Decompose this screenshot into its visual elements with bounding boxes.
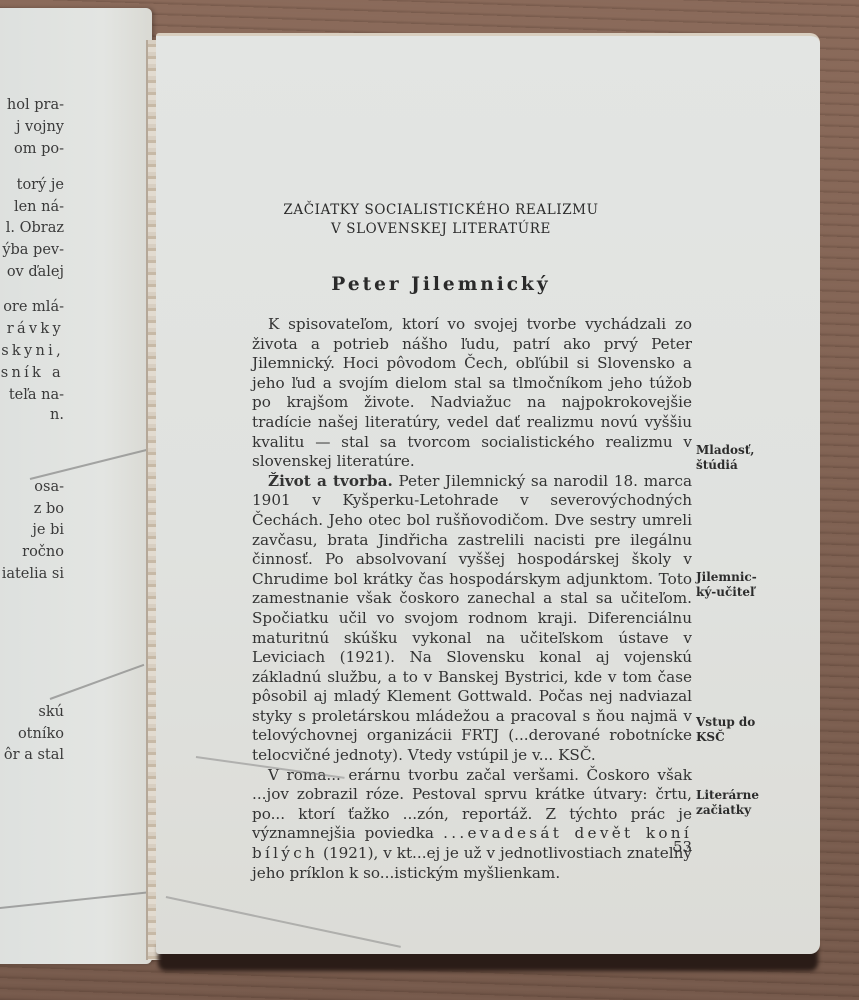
left-page-line: skyni, (1, 344, 64, 359)
left-page-line: len ná- (14, 200, 64, 215)
page-tear (166, 896, 401, 947)
left-page-line: iatelia si (2, 567, 64, 582)
left-page-line: hol pra- (7, 98, 64, 113)
left-page-line: rávky (7, 322, 64, 337)
left-page-line: ýba pev- (2, 243, 64, 258)
section-title: ZAČIATKY SOCIALISTICKÉHO REALIZMU V SLOV… (256, 201, 626, 239)
left-page-line: ov ďalej (7, 265, 64, 280)
left-page-line: om po- (14, 142, 64, 157)
left-page-line: z bo (34, 502, 64, 517)
page-crease (50, 664, 145, 700)
margin-note-teacher: Jilemnic-ký-učiteľ (696, 570, 760, 600)
left-page-line: ročno (22, 545, 64, 560)
literary-text-b: (1921), v kt...ej je už v jednotlivostia… (252, 844, 692, 882)
right-page: ZAČIATKY SOCIALISTICKÉHO REALIZMU V SLOV… (156, 33, 820, 954)
left-page-line: l. Obraz (6, 221, 64, 236)
page-number: 53 (673, 838, 692, 856)
author-heading: Peter Jilemnický (256, 274, 626, 295)
left-page-line: n. (50, 408, 64, 423)
left-page-line: skú (38, 705, 64, 720)
left-page-line: teľa na- (9, 388, 64, 403)
life-text: Peter Jilemnický sa narodil 18. marca 19… (252, 472, 692, 764)
life-lead: Život a tvorba. (268, 472, 393, 490)
intro-paragraph: K spisovateľom, ktorí vo svojej tvorbe v… (252, 315, 692, 472)
left-page-line: je bi (32, 523, 64, 538)
left-page-line: torý je (17, 178, 64, 193)
body-text: K spisovateľom, ktorí vo svojej tvorbe v… (252, 315, 692, 883)
left-page-line: osa- (34, 480, 64, 495)
literary-start-paragraph: V roma... erárnu tvorbu začal veršami. Č… (252, 766, 692, 884)
margin-note-literary: Literárne začiatky (696, 788, 766, 818)
left-page-line: otníko (18, 727, 64, 742)
left-page: hol pra- j vojny om po- torý je len ná- … (0, 8, 152, 964)
page-crease (0, 891, 149, 910)
section-title-line-1: ZAČIATKY SOCIALISTICKÉHO REALIZMU (256, 201, 626, 220)
section-title-line-2: V SLOVENSKEJ LITERATÚRE (256, 220, 626, 239)
left-page-line: j vojny (16, 120, 64, 135)
life-paragraph: Život a tvorba. Peter Jilemnický sa naro… (252, 472, 692, 766)
left-page-line: ore mlá- (3, 300, 64, 315)
left-page-line: ôr a stal (4, 748, 64, 763)
margin-note-party: Vstup do KSČ (696, 715, 760, 745)
margin-note-youth: Mladosť, štúdiá (696, 443, 786, 473)
left-page-line: sník a (1, 366, 64, 381)
page-crease (30, 449, 147, 480)
